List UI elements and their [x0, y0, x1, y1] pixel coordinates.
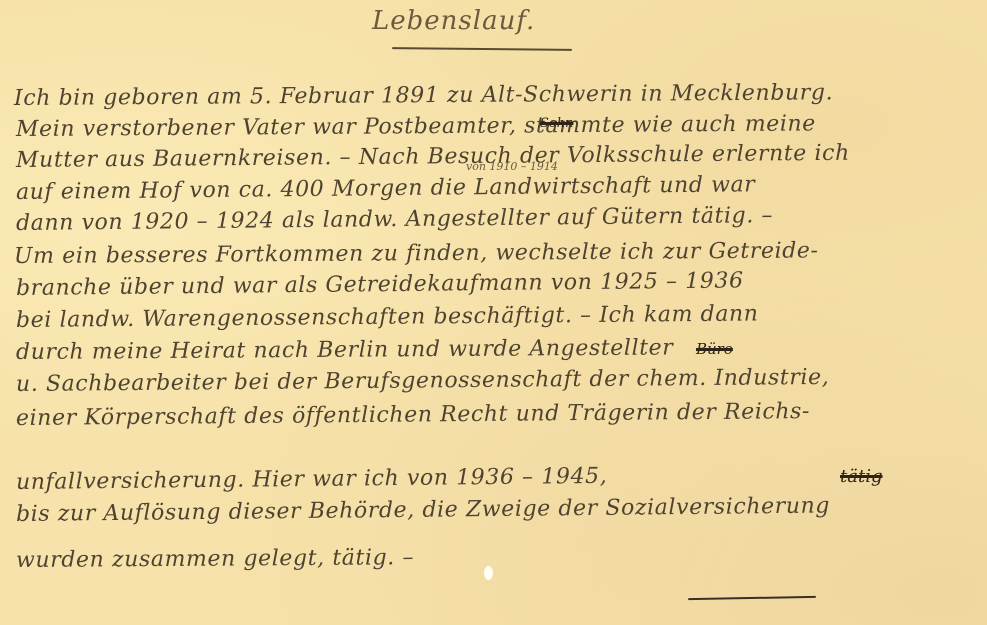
interlinear-annotation: von 1910 – 1914 — [466, 160, 558, 173]
text-line-6: Um ein besseres Fortkommen zu finden, we… — [14, 238, 819, 269]
document-page: Lebenslauf. Ich bin geboren am 5. Februa… — [0, 0, 987, 625]
text-line-8: bei landw. Warengenossenschaften beschäf… — [16, 302, 759, 333]
text-line-11: einer Körperschaft des öffentlichen Rech… — [16, 399, 810, 431]
text-line-7: branche über und war als Getreidekaufman… — [16, 268, 744, 301]
text-line-13: bis zur Auflösung dieser Behörde, die Zw… — [16, 493, 830, 527]
text-line-1: Ich bin geboren am 5. Februar 1891 zu Al… — [14, 80, 833, 111]
text-line-10: u. Sachbearbeiter bei der Berufsgenossen… — [16, 365, 829, 397]
title-underline — [392, 47, 572, 51]
text-line-14: wurden zusammen gelegt, tätig. – — [16, 545, 414, 573]
struck-word: Büro — [696, 340, 733, 358]
text-line-4: auf einem Hof von ca. 400 Morgen die Lan… — [16, 172, 756, 205]
text-line-12: unfallversicherung. Hier war ich von 193… — [16, 464, 608, 495]
text-line-2: Mein verstorbener Vater war Postbeamter,… — [16, 111, 816, 142]
struck-word: tätig — [840, 466, 882, 487]
paper-stain — [484, 566, 493, 580]
text-line-5: dann von 1920 – 1924 als landw. Angestel… — [16, 203, 773, 236]
text-line-12-content: unfallversicherung. Hier war ich von 193… — [16, 464, 608, 495]
text-line-9: durch meine Heirat nach Berlin und wurde… — [16, 335, 674, 365]
struck-word: Sohn — [540, 116, 573, 131]
closing-rule — [688, 596, 816, 600]
document-title: Lebenslauf. — [372, 6, 535, 36]
text-line-2-content: Mein verstorbener Vater war Postbeamter,… — [16, 111, 816, 142]
text-line-3: Mutter aus Bauernkreisen. – Nach Besuch … — [16, 141, 850, 173]
